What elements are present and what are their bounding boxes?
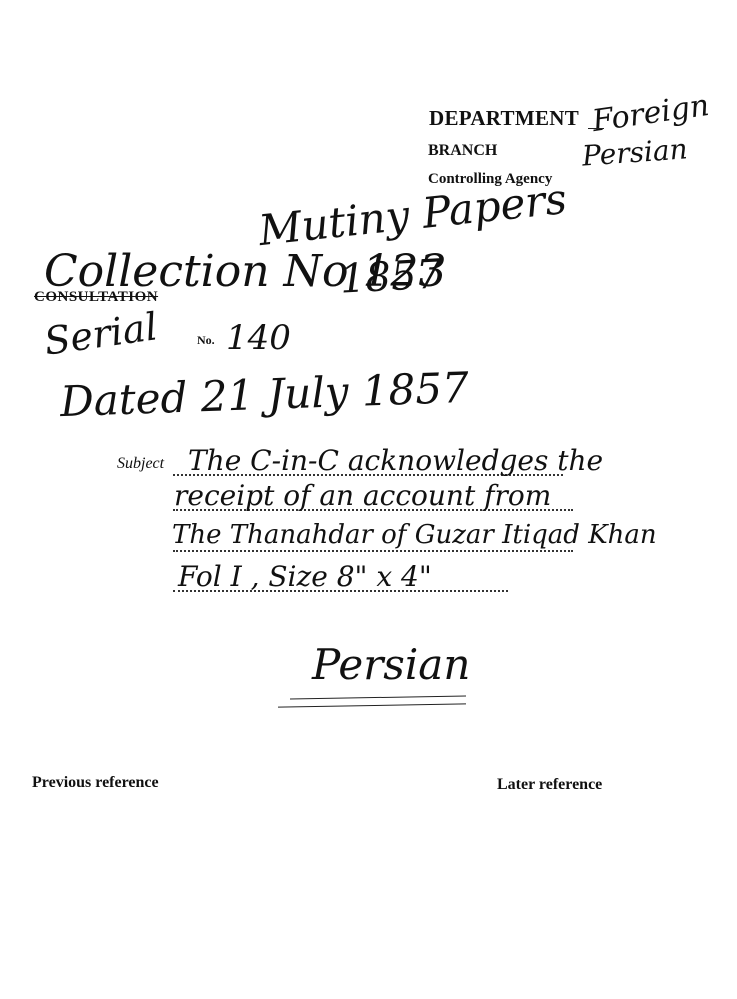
language-note: Persian [312, 640, 470, 689]
subject-line-3: The Thanahdar of Guzar Itiqad Khan [172, 520, 657, 550]
dated-field: Dated 21 July 1857 [59, 363, 469, 426]
serial-number: 140 [226, 318, 291, 358]
double-rule-bottom [278, 703, 466, 707]
consultation-label: CONSULTATION [34, 289, 158, 306]
branch-value: Persian [581, 132, 689, 172]
later-reference-label: Later reference [497, 776, 602, 794]
collection-year: 1857 [339, 251, 443, 302]
subject-line-1: The C-in-C acknowledges the [188, 444, 603, 477]
department-value: Foreign [590, 88, 711, 139]
subject-dotted-line-3 [173, 550, 573, 552]
department-underline [588, 128, 604, 129]
previous-reference-label: Previous reference [32, 774, 159, 792]
subject-line-4: Fol I , Size 8" x 4" [178, 560, 432, 593]
double-rule-top [290, 695, 466, 699]
department-label: DEPARTMENT [429, 106, 579, 131]
serial-no-label: No. [197, 333, 215, 348]
document-title: Mutiny Papers [256, 174, 569, 255]
serial-handwritten-label: Serial [41, 304, 160, 363]
subject-line-2: receipt of an account from [174, 479, 551, 512]
branch-label: BRANCH [428, 142, 497, 160]
subject-label: Subject [117, 455, 164, 473]
